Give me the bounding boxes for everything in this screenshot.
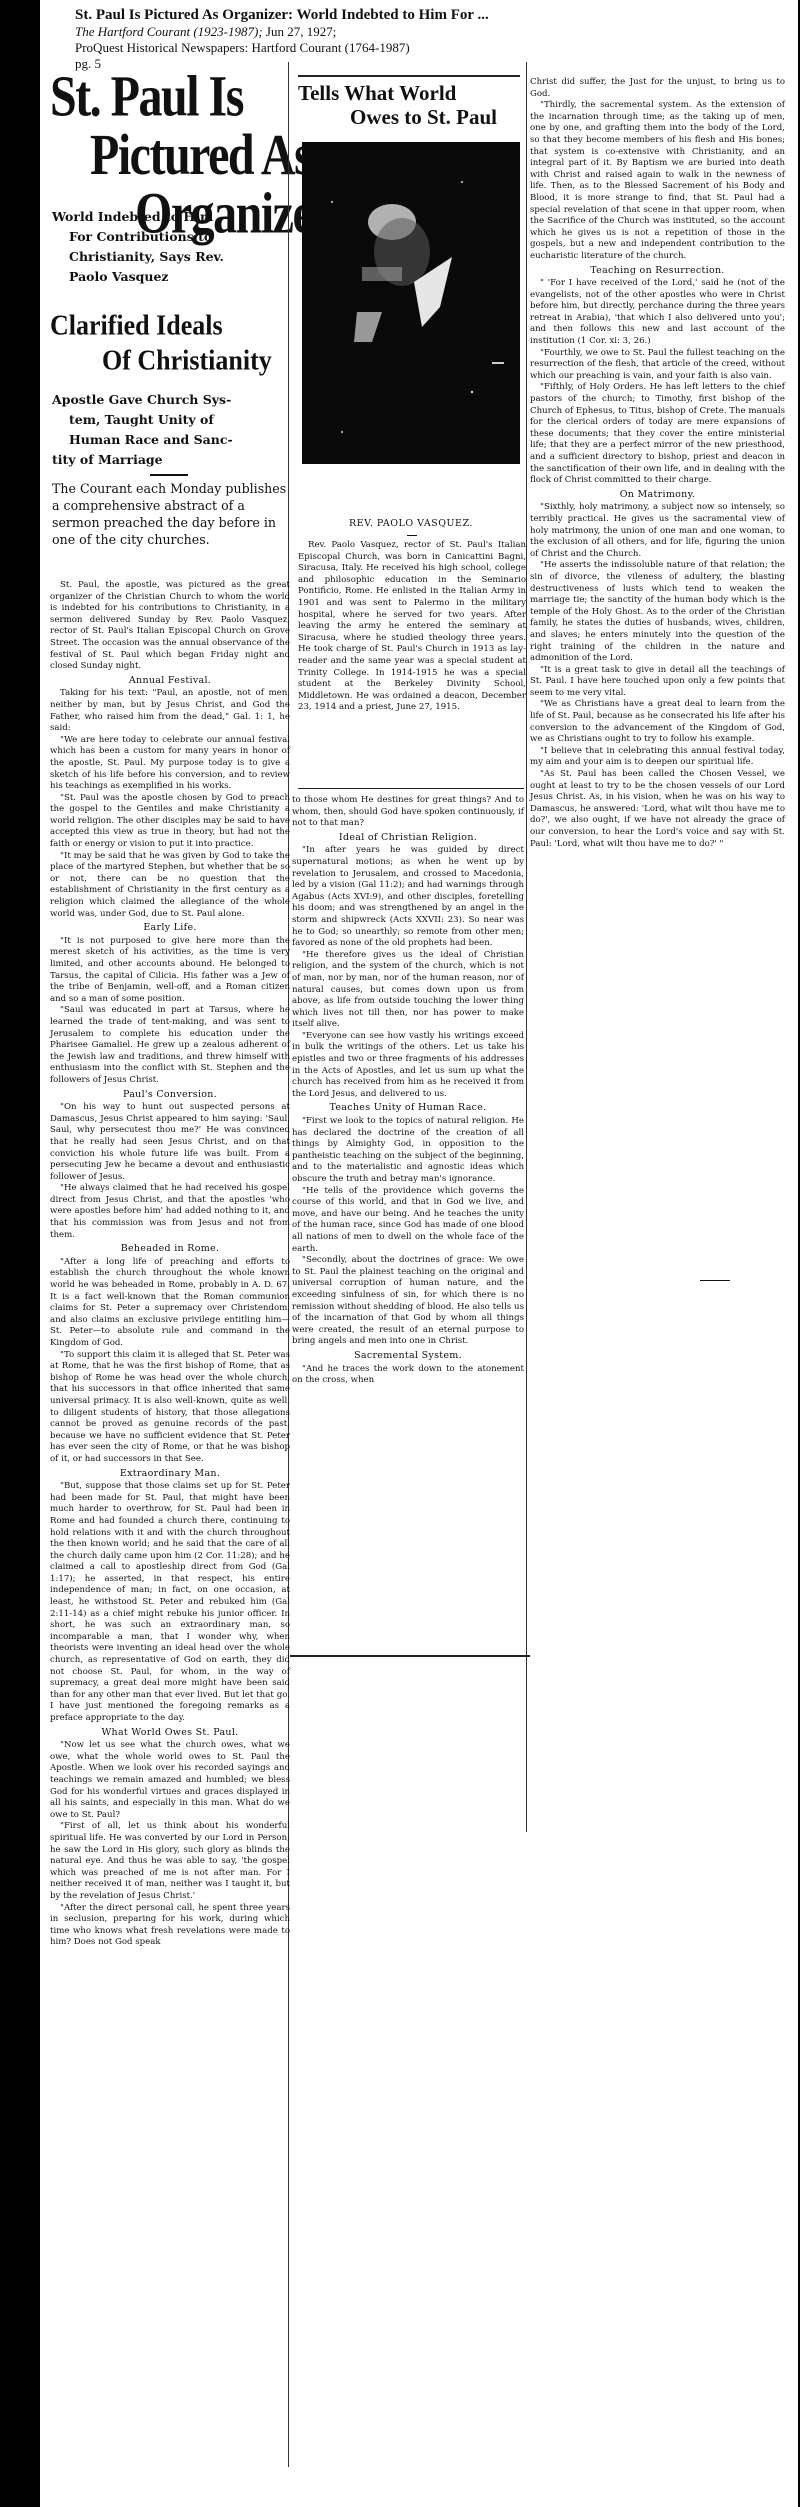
subheadline-deck-1: World Indebted to Him For Contributions … bbox=[52, 207, 287, 287]
middle-column: to those whom He destines for great thin… bbox=[292, 795, 524, 1387]
deck-line: World Indebted to Him bbox=[52, 207, 287, 227]
paragraph: "Fifthly, of Holy Orders. He has left le… bbox=[530, 382, 785, 486]
paragraph: St. Paul, the apostle, was pictured as t… bbox=[50, 580, 290, 673]
section-divider bbox=[150, 474, 188, 476]
deck-line: Christianity, Says Rev. bbox=[52, 247, 287, 267]
paragraph: "First we look to the topics of natural … bbox=[292, 1116, 524, 1186]
paragraph: Christ did suffer, the Just for the unju… bbox=[530, 77, 785, 100]
deck-line: Apostle Gave Church Sys- bbox=[52, 390, 287, 410]
database-line: ProQuest Historical Newspapers: Hartford… bbox=[75, 40, 775, 56]
portrait-photo bbox=[302, 142, 520, 464]
sidebar-title-line: Tells What World bbox=[298, 81, 520, 105]
paragraph: to those whom He destines for great thin… bbox=[292, 795, 524, 830]
headline-line: Pictured As bbox=[50, 127, 285, 186]
section-heading: Teaching on Resurrection. bbox=[530, 265, 785, 277]
article-title-link[interactable]: St. Paul Is Pictured As Organizer: World… bbox=[75, 6, 775, 24]
paragraph: "It is not purposed to give here more th… bbox=[50, 936, 290, 1006]
paragraph: "Everyone can see how vastly his writing… bbox=[292, 1031, 524, 1101]
paragraph: "On his way to hunt out suspected person… bbox=[50, 1102, 290, 1183]
subheadline-deck-2: Clarified Ideals Of Christianity bbox=[50, 308, 290, 378]
bio-divider bbox=[298, 788, 524, 789]
paragraph: "He therefore gives us the ideal of Chri… bbox=[292, 950, 524, 1031]
newspaper-page: St. Paul Is Pictured As Organizer: World… bbox=[40, 0, 798, 2507]
section-heading: On Matrimony. bbox=[530, 489, 785, 501]
section-heading: Sacremental System. bbox=[292, 1350, 524, 1362]
paragraph: "St. Paul was the apostle chosen by God … bbox=[50, 793, 290, 851]
sidebar-title-line: Owes to St. Paul bbox=[298, 105, 520, 129]
paragraph: "He always claimed that he had received … bbox=[50, 1183, 290, 1241]
section-heading: What World Owes St. Paul. bbox=[50, 1727, 290, 1739]
paragraph: "We are here today to celebrate our annu… bbox=[50, 735, 290, 793]
paragraph: "Secondly, about the doctrines of grace:… bbox=[292, 1255, 524, 1348]
paragraph: " 'For I have received of the Lord,' sai… bbox=[530, 278, 785, 348]
biography-text: Rev. Paolo Vasquez, rector of St. Paul's… bbox=[298, 540, 526, 714]
deck-line: For Contributions to bbox=[52, 227, 287, 247]
paragraph: "And he traces the work down to the aton… bbox=[292, 1364, 524, 1387]
paragraph: "First of all, let us think about his wo… bbox=[50, 1821, 290, 1902]
publication-date: Jun 27, 1927; bbox=[263, 24, 337, 39]
paragraph: "I believe that in celebrating this annu… bbox=[530, 746, 785, 769]
caption-dash bbox=[407, 535, 417, 536]
paragraph: "He asserts the indissoluble nature of t… bbox=[530, 560, 785, 664]
paragraph: "But, suppose that those claims set up f… bbox=[50, 1481, 290, 1724]
sidebar-title: Tells What World Owes to St. Paul bbox=[298, 81, 520, 129]
section-heading: Ideal of Christian Religion. bbox=[292, 832, 524, 844]
citation-header: St. Paul Is Pictured As Organizer: World… bbox=[75, 6, 775, 72]
column-end-rule bbox=[290, 1655, 530, 1657]
box-top-rule bbox=[298, 75, 520, 77]
headline-line: St. Paul Is bbox=[50, 68, 285, 127]
biography: Rev. Paolo Vasquez, rector of St. Paul's… bbox=[298, 535, 526, 714]
portrait-image bbox=[302, 142, 520, 464]
left-column: St. Paul, the apostle, was pictured as t… bbox=[50, 580, 290, 1949]
deck-line: tity of Marriage bbox=[52, 450, 287, 470]
publication-name: The Hartford Courant (1923-1987); bbox=[75, 24, 263, 39]
paragraph: "Fourthly, we owe to St. Paul the fulles… bbox=[530, 348, 785, 383]
section-heading: Beheaded in Rome. bbox=[50, 1243, 290, 1255]
deck-line: tem, Taught Unity of bbox=[52, 410, 287, 430]
deck-line: Of Christianity bbox=[50, 343, 290, 378]
paragraph: "Thirdly, the sacremental system. As the… bbox=[530, 100, 785, 262]
section-heading: Extraordinary Man. bbox=[50, 1468, 290, 1480]
paragraph: "In after years he was guided by direct … bbox=[292, 845, 524, 949]
paragraph: "After a long life of preaching and effo… bbox=[50, 1257, 290, 1350]
deck-line: Human Race and Sanc- bbox=[52, 430, 287, 450]
deck-line: Paolo Vasquez bbox=[52, 267, 287, 287]
paragraph: "It may be said that he was given by God… bbox=[50, 851, 290, 921]
photo-caption: REV. PAOLO VASQUEZ. bbox=[302, 518, 520, 529]
paragraph: Taking for his text: "Paul, an apostle, … bbox=[50, 688, 290, 734]
paragraph: "He tells of the providence which govern… bbox=[292, 1186, 524, 1256]
section-heading: Annual Festival. bbox=[50, 675, 290, 687]
section-heading: Paul's Conversion. bbox=[50, 1089, 290, 1101]
right-column: Christ did suffer, the Just for the unju… bbox=[530, 77, 785, 850]
paragraph: "After the direct personal call, he spen… bbox=[50, 1903, 290, 1949]
paragraph: "Saul was educated in part at Tarsus, wh… bbox=[50, 1005, 290, 1086]
editor-note: The Courant each Monday publishes a comp… bbox=[52, 480, 290, 548]
paragraph: "We as Christians have a great deal to l… bbox=[530, 699, 785, 745]
deck-line: Clarified Ideals bbox=[50, 308, 290, 343]
paragraph: "Sixthly, holy matrimony, a subject now … bbox=[530, 502, 785, 560]
paragraph: "It is a great task to give in detail al… bbox=[530, 665, 785, 700]
section-heading: Early Life. bbox=[50, 922, 290, 934]
paragraph: "As St. Paul has been called the Chosen … bbox=[530, 769, 785, 850]
section-heading: Teaches Unity of Human Race. bbox=[292, 1102, 524, 1114]
subheadline-deck-3: Apostle Gave Church Sys- tem, Taught Uni… bbox=[52, 390, 287, 470]
sidebar-box: Tells What World Owes to St. Paul bbox=[298, 75, 520, 129]
paragraph: "To support this claim it is alleged tha… bbox=[50, 1350, 290, 1466]
column-rule bbox=[526, 62, 527, 1832]
publication-line: The Hartford Courant (1923-1987); Jun 27… bbox=[75, 24, 775, 40]
paragraph: "Now let us see what the church owes, wh… bbox=[50, 1740, 290, 1821]
article-end-dash bbox=[700, 1280, 730, 1281]
